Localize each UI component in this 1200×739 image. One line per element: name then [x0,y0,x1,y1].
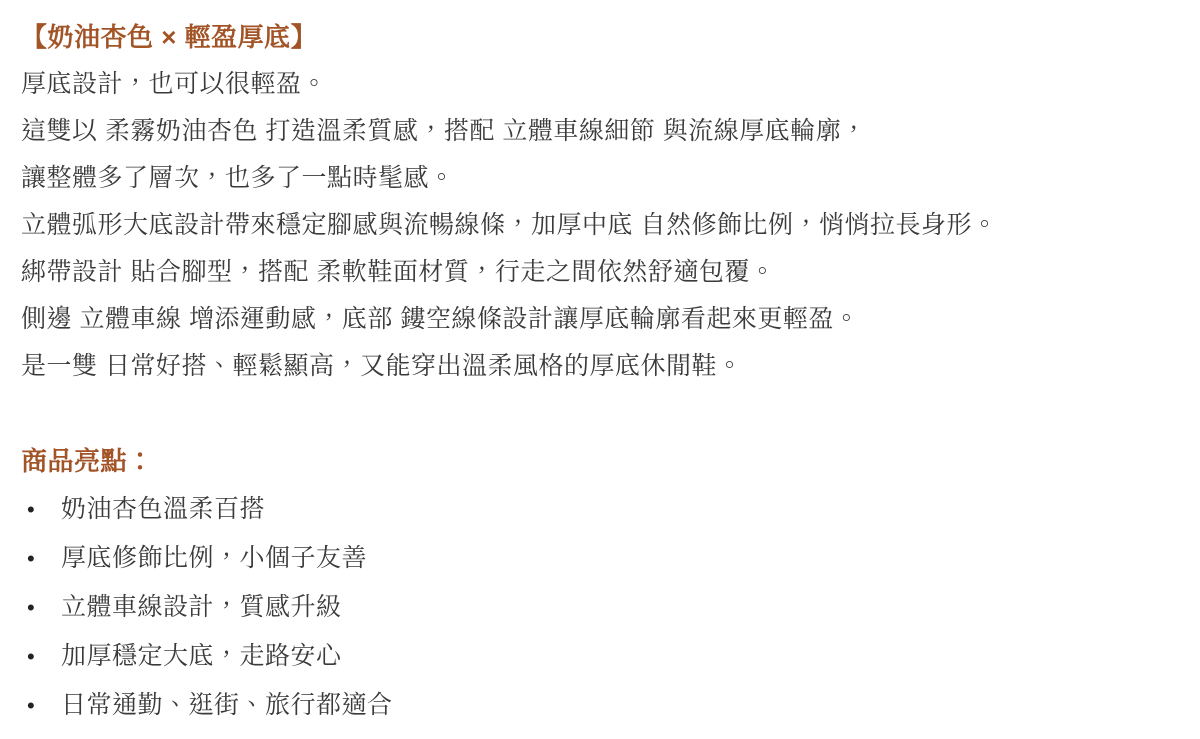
description-paragraph: 這雙以 柔霧奶油杏色 打造溫柔質感，搭配 立體車線細節 與流線厚底輪廓， [21,108,1190,155]
description-paragraph: 側邊 立體車線 增添運動感，底部 鏤空線條設計讓厚底輪廓看起來更輕盈。 [21,296,1190,343]
list-item-text: 奶油杏色溫柔百搭 [61,485,265,533]
list-item: • 厚底修飾比例，小個子友善 [21,534,1190,583]
bullet-icon: • [21,682,61,730]
bullet-icon: • [21,535,61,583]
list-item-text: 厚底修飾比例，小個子友善 [61,534,367,582]
list-item: • 日常通勤、逛街、旅行都適合 [21,681,1190,730]
bullet-icon: • [21,486,61,534]
bullet-icon: • [21,633,61,681]
description-paragraph: 讓整體多了層次，也多了一點時髦感。 [21,155,1190,202]
list-item-text: 加厚穩定大底，走路安心 [61,632,342,680]
description-paragraph: 是一雙 日常好搭、輕鬆顯高，又能穿出溫柔風格的厚底休閒鞋。 [21,343,1190,390]
list-item-text: 立體車線設計，質感升級 [61,583,342,631]
product-description-page: 【奶油杏色 × 輕盈厚底】 厚底設計，也可以很輕盈。 這雙以 柔霧奶油杏色 打造… [0,0,1200,739]
blank-line [21,390,1190,437]
bullet-icon: • [21,584,61,632]
highlights-list: • 奶油杏色溫柔百搭 • 厚底修飾比例，小個子友善 • 立體車線設計，質感升級 … [21,485,1190,730]
highlights-heading: 商品亮點： [21,437,1190,485]
list-item: • 奶油杏色溫柔百搭 [21,485,1190,534]
description-paragraph: 立體弧形大底設計帶來穩定腳感與流暢線條，加厚中底 自然修飾比例，悄悄拉長身形。 [21,202,1190,249]
product-title-heading: 【奶油杏色 × 輕盈厚底】 [21,14,1190,61]
list-item: • 加厚穩定大底，走路安心 [21,632,1190,681]
description-paragraph: 綁帶設計 貼合腳型，搭配 柔軟鞋面材質，行走之間依然舒適包覆。 [21,249,1190,296]
list-item-text: 日常通勤、逛街、旅行都適合 [61,681,393,729]
list-item: • 立體車線設計，質感升級 [21,583,1190,632]
description-paragraph: 厚底設計，也可以很輕盈。 [21,61,1190,108]
